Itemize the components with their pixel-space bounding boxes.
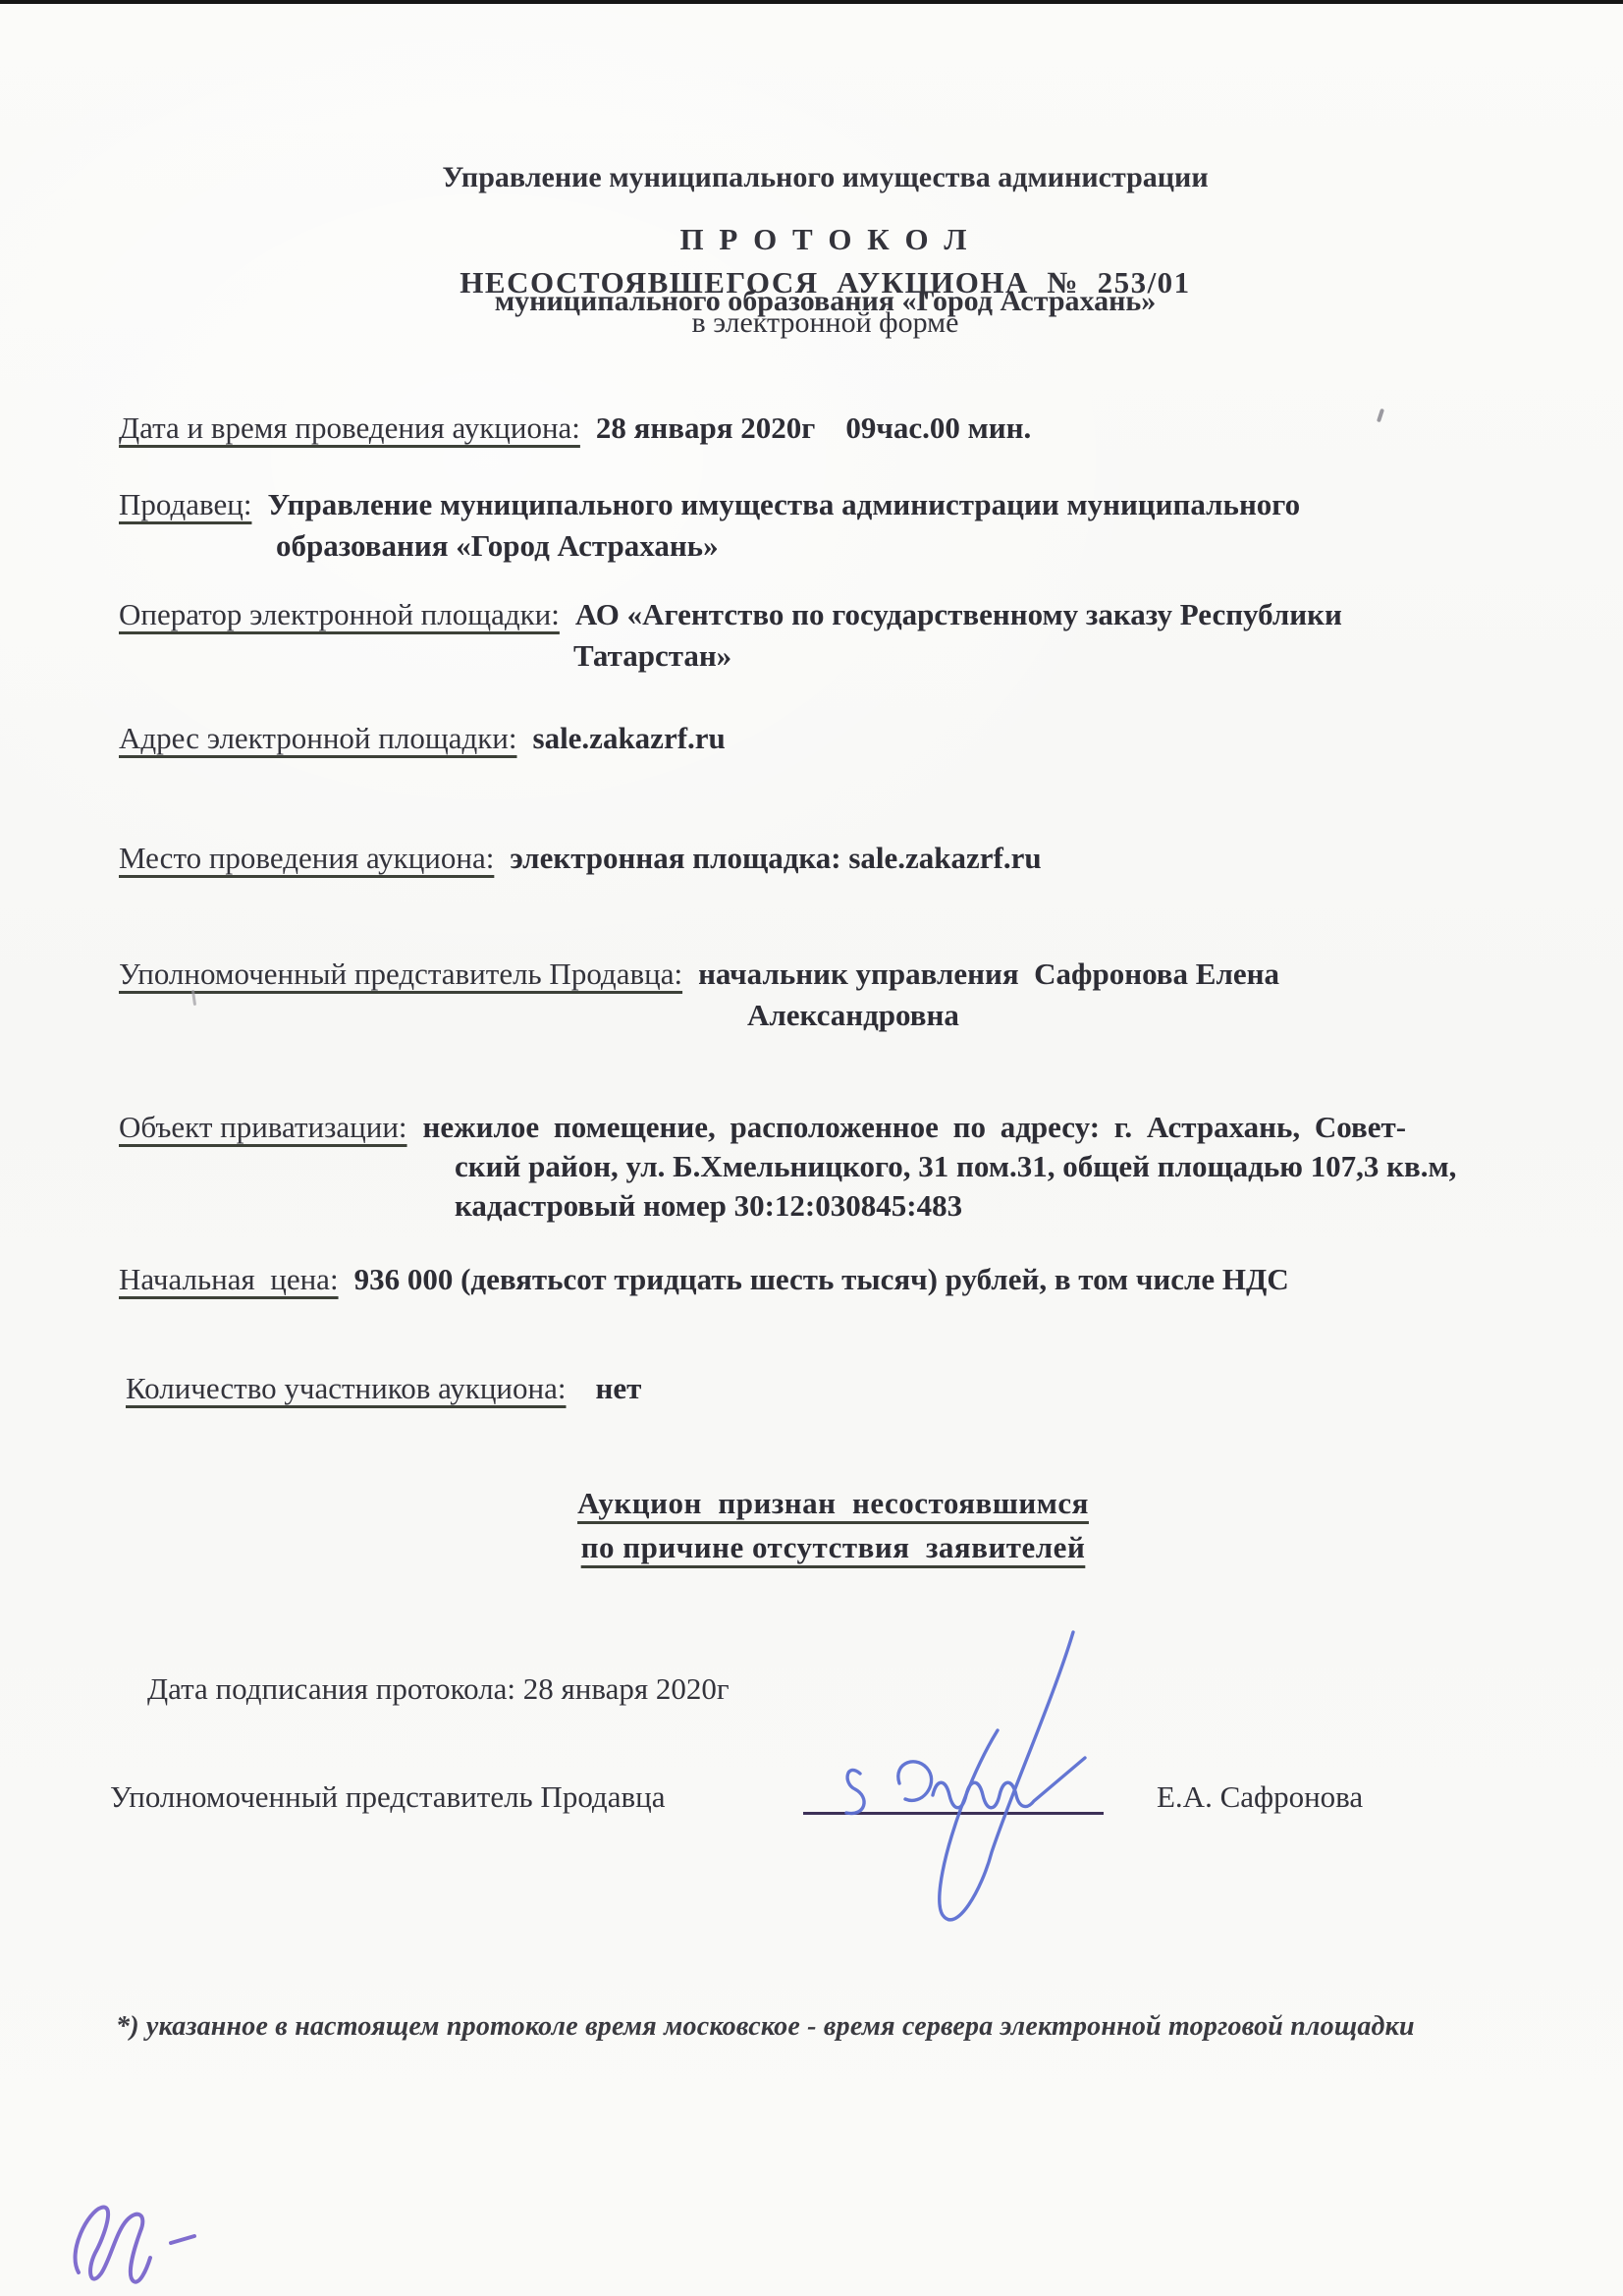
doc-title-auction-number: НЕСОСТОЯВШЕГОСЯ АУКЦИОНА № 253/01: [14, 265, 1623, 301]
field-object-label: Объект приватизации:: [119, 1110, 407, 1144]
field-datetime: Дата и время проведения аукциона:28 янва…: [103, 393, 1031, 464]
signer-name: Е.А. Сафронова: [1157, 1779, 1363, 1815]
field-venue-label: Место проведения аукциона:: [119, 841, 494, 875]
field-representative-label: Уполномоченный представитель Продавца:: [119, 957, 682, 991]
field-seller-value-line2: образования «Город Астрахань»: [276, 528, 719, 563]
doc-title-protocol: П Р О Т О К О Л: [14, 222, 1623, 257]
field-operator-label: Оператор электронной площадки:: [119, 597, 560, 631]
signing-representative-label: Уполномоченный представитель Продавца: [110, 1779, 665, 1815]
field-operator-value-line2-wrap: Татарстан»: [558, 621, 731, 691]
field-seller-value-line2-wrap: образования «Город Астрахань»: [260, 511, 719, 581]
field-object-value-line3-wrap: кадастровый номер 30:12:030845:483: [439, 1171, 962, 1241]
verdict-line2-wrap: по причине отсутствия заявителей: [14, 1512, 1623, 1583]
field-start-price-label: Начальная цена:: [119, 1262, 339, 1296]
field-datetime-label: Дата и время проведения аукциона:: [119, 410, 580, 445]
field-representative-value-line2-wrap: Александровна: [731, 980, 959, 1051]
field-venue-value: электронная площадка: sale.zakazrf.ru: [510, 841, 1041, 875]
signature-ink: [815, 1618, 1139, 1942]
org-name-line1: Управление муниципального имущества адми…: [14, 157, 1623, 198]
doc-title-electronic-form: в электронной форме: [14, 306, 1623, 340]
field-start-price: Начальная цена:936 000 (девятьсот тридца…: [103, 1244, 1289, 1315]
field-participants-label: Количество участников аукциона:: [126, 1371, 567, 1405]
field-platform-address-label: Адрес электронной площадки:: [119, 721, 517, 755]
field-representative-value-line2: Александровна: [747, 998, 959, 1032]
field-participants: Количество участников аукциона:нет: [110, 1353, 641, 1424]
signing-date-line: Дата подписания протокола: 28 января 202…: [147, 1671, 730, 1707]
field-operator-value-line2: Татарстан»: [573, 638, 731, 673]
scanned-protocol-document: Управление муниципального имущества адми…: [0, 0, 1623, 2296]
field-seller-label: Продавец:: [119, 487, 251, 521]
field-datetime-value: 28 января 2020г 09час.00 мин.: [596, 410, 1031, 445]
field-platform-address-value: sale.zakazrf.ru: [533, 721, 726, 755]
verdict-line2: по причине отсутствия заявителей: [581, 1530, 1086, 1564]
field-start-price-value: 936 000 (девятьсот тридцать шесть тысяч)…: [354, 1262, 1289, 1296]
paraph-ink: [51, 2149, 238, 2296]
footnote: *) указанное в настоящем протоколе время…: [116, 2011, 1415, 2043]
field-venue: Место проведения аукциона:электронная пл…: [103, 823, 1042, 894]
field-object-value-line3: кадастровый номер 30:12:030845:483: [455, 1188, 962, 1223]
field-platform-address: Адрес электронной площадки:sale.zakazrf.…: [103, 703, 726, 774]
scan-artifact: [1377, 409, 1384, 423]
field-participants-value: нет: [596, 1371, 642, 1405]
field-representative: Уполномоченный представитель Продавца:на…: [103, 939, 1279, 1010]
scan-edge: [0, 0, 1623, 4]
